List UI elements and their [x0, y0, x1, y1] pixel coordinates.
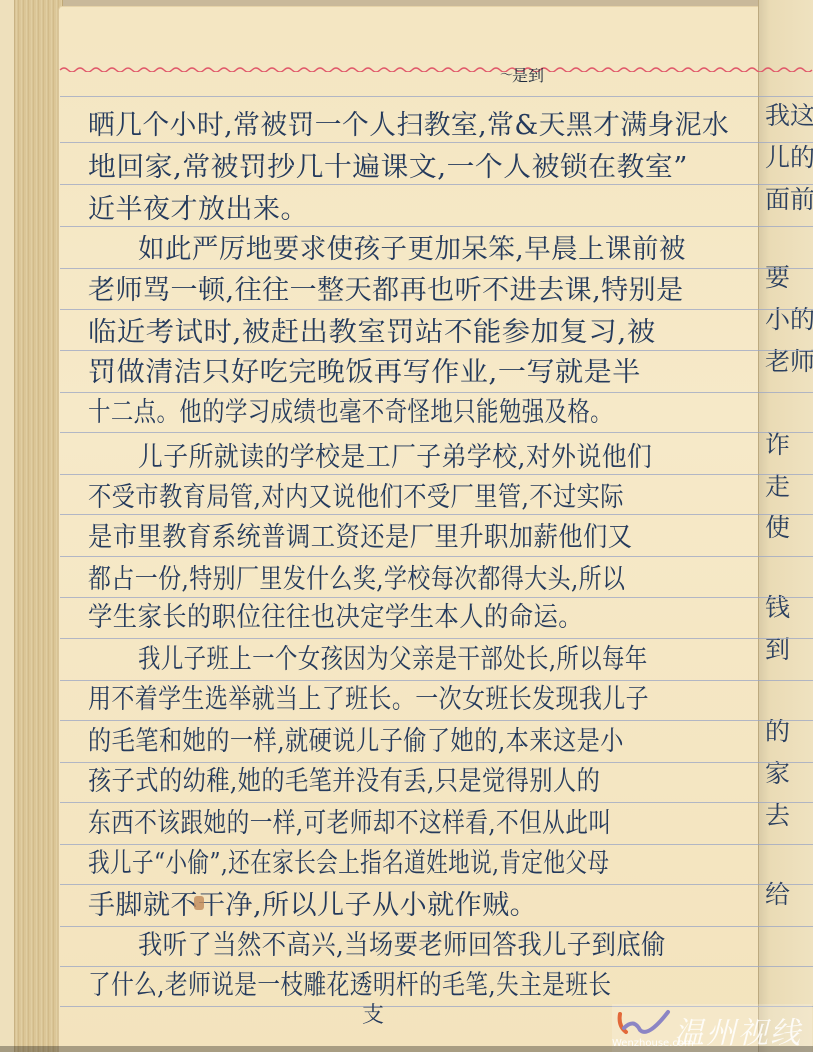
handwritten-line: 地回家,常被罚抄几十遍课文,一个人被锁在教室” — [88, 150, 688, 186]
ruled-line — [60, 926, 813, 927]
adjacent-text: 走 — [765, 467, 790, 503]
insertion-mark: ～ — [500, 68, 513, 83]
handwritten-line: 孩子式的幼稚,她的毛笔并没有丢,只是觉得别人的 — [88, 764, 600, 800]
adjacent-text: 要 — [765, 258, 790, 294]
handwritten-line: 都占一份,特别厂里发什么奖,学校每次都得大头,所以 — [88, 562, 625, 598]
adjacent-text: 小的 — [765, 300, 813, 336]
handwritten-line: 手脚就不干净,所以儿子从小就作贼。 — [88, 888, 537, 924]
watermark-logo-icon — [616, 1008, 672, 1036]
correction-annotation: 支 — [362, 1008, 384, 1023]
adjacent-text: 到 — [765, 630, 790, 666]
adjacent-text: 家 — [765, 754, 790, 790]
handwritten-line: 是市里教育系统普调工资还是厂里升职加薪他们又 — [88, 520, 633, 556]
handwritten-line: 老师骂一顿,往往一整天都再也听不进去课,特别是 — [88, 273, 684, 309]
adjacent-text: 给 — [765, 875, 790, 911]
adjacent-text: 诈 — [765, 425, 790, 461]
ruled-line — [60, 268, 813, 269]
handwritten-line: 罚做清洁只好吃完晚饭再写作业,一写就是半 — [88, 355, 641, 391]
adjacent-text: 我这 — [765, 96, 813, 132]
ruled-line — [60, 556, 813, 557]
handwritten-line: 用不着学生选举就当上了班长。一次女班长发现我儿子 — [88, 682, 649, 718]
adjacent-page: 我这 儿的 面前 要 小的 老师 诈 走 使 钱 到 的 家 去 给 — [758, 0, 813, 1052]
handwritten-line: 不受市教育局管,对内又说他们不受厂里管,不过实际 — [88, 480, 624, 516]
inserted-annotation: 是到 — [512, 68, 544, 83]
ruled-line — [60, 720, 813, 721]
stacked-page-edges — [0, 0, 63, 1052]
ruled-line — [60, 309, 813, 310]
ruled-line — [60, 802, 813, 803]
adjacent-text: 老师 — [765, 342, 813, 378]
handwritten-line: 了什么,老师说是一枝雕花透明杆的毛笔,失主是班长 — [88, 968, 611, 1004]
handwritten-line: 十二点。他的学习成绩也毫不奇怪地只能勉强及格。 — [88, 395, 613, 431]
red-wavy-margin-line — [0, 66, 813, 72]
handwritten-line: 儿子所就读的学校是工厂子弟学校,对外说他们 — [138, 440, 652, 476]
handwritten-line: 晒几个小时,常被罚一个人扫教室,常&天黑才满身泥水 — [88, 108, 729, 144]
handwritten-line: 我儿子“小偷”,还在家长会上指名道姓地说,肯定他父母 — [88, 846, 609, 882]
ruled-line — [60, 680, 813, 681]
handwritten-line: 临近考试时,被赶出教室罚站不能参加复习,被 — [88, 315, 656, 351]
ruled-line — [60, 96, 813, 97]
handwritten-line: 我听了当然不高兴,当场要老师回答我儿子到底偷 — [138, 928, 666, 964]
ruled-line — [60, 844, 813, 845]
adjacent-text: 儿的 — [765, 138, 813, 174]
adjacent-text: 面前 — [765, 180, 813, 216]
watermark: 温州视线 Wenzhouse.com — [612, 1004, 812, 1052]
ruled-line — [60, 884, 813, 885]
ruled-line — [60, 966, 813, 967]
paper-stain — [194, 896, 204, 910]
handwritten-line: 我儿子班上一个女孩因为父亲是干部处长,所以每年 — [138, 642, 648, 678]
bottom-shadow — [0, 1046, 813, 1052]
handwritten-line: 近半夜才放出来。 — [88, 192, 308, 228]
handwritten-line: 如此严厉地要求使孩子更加呆笨,早晨上课前被 — [138, 232, 686, 268]
handwritten-line: 东西不该跟她的一样,可老师却不这样看,不但从此叫 — [88, 806, 611, 842]
handwritten-line: 学生家长的职位往往也决定学生本人的命运。 — [88, 600, 583, 636]
ruled-line — [60, 432, 813, 433]
ruled-line — [60, 638, 813, 639]
handwritten-line: 的毛笔和她的一样,就硬说儿子偷了她的,本来这是小 — [88, 724, 624, 760]
adjacent-text: 的 — [765, 712, 790, 748]
ruled-line — [60, 392, 813, 393]
ruled-line — [60, 762, 813, 763]
adjacent-text: 钱 — [765, 588, 790, 624]
notebook: 我这 儿的 面前 要 小的 老师 诈 走 使 钱 到 的 家 去 给 是到 ～ … — [0, 0, 813, 1052]
